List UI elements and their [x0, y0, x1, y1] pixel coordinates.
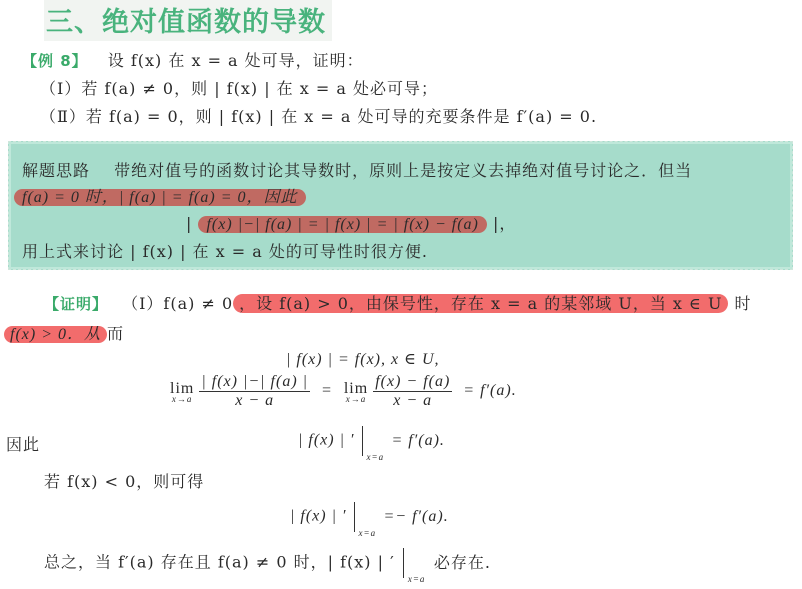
fraction-2: f(x) − f(a) x − a — [373, 373, 452, 410]
eq4-right: =− f′(a). — [384, 508, 449, 525]
eval-sub: x=a — [367, 452, 385, 462]
eval-sub: x=a — [359, 528, 377, 538]
limit-result: = f′(a). — [463, 382, 516, 399]
conclusion-prefix: 总之，当 f′(a) 存在且 f(a) ≠ 0 时，| f(x) | ′ — [44, 553, 395, 572]
fraction-1-den: x − a — [199, 392, 310, 410]
equation-limit: lim x→a | f(x) |−| f(a) | x − a = lim x→… — [170, 373, 517, 410]
eq4-left: | f(x) | ′ — [290, 508, 347, 525]
hint-line-2: f(a) = 0 时，| f(a) | = f(a) = 0，因此 — [14, 184, 306, 207]
limit-1: lim x→a — [170, 380, 194, 404]
proof-line-1-suffix: 时 — [735, 294, 752, 313]
eval-bar: x=a — [362, 426, 363, 456]
hint-line-3: | f(x) |−| f(a) | = | f(x) | = | f(x) − … — [186, 211, 516, 234]
proof-highlight-1: ，设 f(a) > 0，由保号性，存在 x = a 的某邻域 U，当 x ∈ U — [233, 294, 728, 313]
eval-bar: x=a — [354, 502, 355, 532]
lim-sub: x→a — [170, 394, 194, 404]
eq3-left: | f(x) | ′ — [298, 432, 355, 449]
equation-derivative-positive: | f(x) | ′ x=a = f′(a). — [298, 426, 445, 456]
fraction-1-num: | f(x) |−| f(a) | — [199, 373, 310, 392]
hint-highlight-3: f(x) |−| f(a) | = | f(x) | = | f(x) − f(… — [198, 216, 486, 233]
example-statement: 设 f(x) 在 x = a 处可导，证明： — [108, 51, 364, 70]
eval-bar: x=a — [403, 548, 404, 578]
example-tag: 【例 8】 — [22, 52, 88, 70]
proof-highlight-2: f(x) > 0．从 — [4, 326, 107, 343]
equation-derivative-negative: | f(x) | ′ x=a =− f′(a). — [290, 502, 449, 532]
conclusion-line: 总之，当 f′(a) 存在且 f(a) ≠ 0 时，| f(x) | ′ x=a… — [44, 548, 491, 578]
lim-sub: x→a — [344, 394, 368, 404]
fraction-2-num: f(x) − f(a) — [373, 373, 452, 392]
equation-abs-equals: | f(x) | = f(x), x ∈ U, — [286, 349, 440, 369]
example-statement-line: 【例 8】 设 f(x) 在 x = a 处可导，证明： — [22, 48, 364, 71]
proof-line-2: f(x) > 0．从而 — [4, 321, 124, 344]
therefore-label: 因此 — [6, 432, 40, 455]
proof-line-1-prefix: （Ⅰ）f(a) ≠ 0 — [122, 294, 233, 313]
hint-line-3-suffix: |， — [493, 214, 516, 233]
hint-line-1: 解题思路 带绝对值号的函数讨论其导数时，原则上是按定义去掉绝对值号讨论之．但当 — [22, 158, 692, 181]
hint-line-4: 用上式来讨论 | f(x) | 在 x = a 处的可导性时很方便. — [22, 239, 428, 262]
hint-text-1: 带绝对值号的函数讨论其导数时，原则上是按定义去掉绝对值号讨论之．但当 — [114, 161, 692, 180]
limit-2: lim x→a — [344, 380, 368, 404]
example-part-2: （Ⅱ）若 f(a) = 0，则 | f(x) | 在 x = a 处可导的充要条… — [40, 104, 597, 127]
example-part-1: （Ⅰ）若 f(a) ≠ 0，则 | f(x) | 在 x = a 处必可导； — [40, 76, 438, 99]
fraction-1: | f(x) |−| f(a) | x − a — [199, 373, 310, 410]
eval-sub: x=a — [408, 574, 426, 584]
proof-tag: 【证明】 — [44, 295, 108, 313]
hint-highlight-2: f(a) = 0 时，| f(a) | = f(a) = 0，因此 — [14, 189, 306, 206]
eq3-right: = f′(a). — [392, 432, 445, 449]
fraction-2-den: x − a — [373, 392, 452, 410]
hint-abs-bar: | — [186, 214, 192, 233]
hint-label: 解题思路 — [22, 161, 90, 180]
case-negative: 若 f(x) < 0，则可得 — [44, 469, 204, 492]
proof-line-2-suffix: 而 — [107, 324, 124, 343]
equals-sign: = — [321, 382, 333, 399]
section-title: 三、绝对值函数的导数 — [44, 0, 332, 41]
conclusion-suffix: 必存在. — [434, 553, 491, 572]
proof-line-1: 【证明】 （Ⅰ）f(a) ≠ 0，设 f(a) > 0，由保号性，存在 x = … — [44, 291, 752, 314]
